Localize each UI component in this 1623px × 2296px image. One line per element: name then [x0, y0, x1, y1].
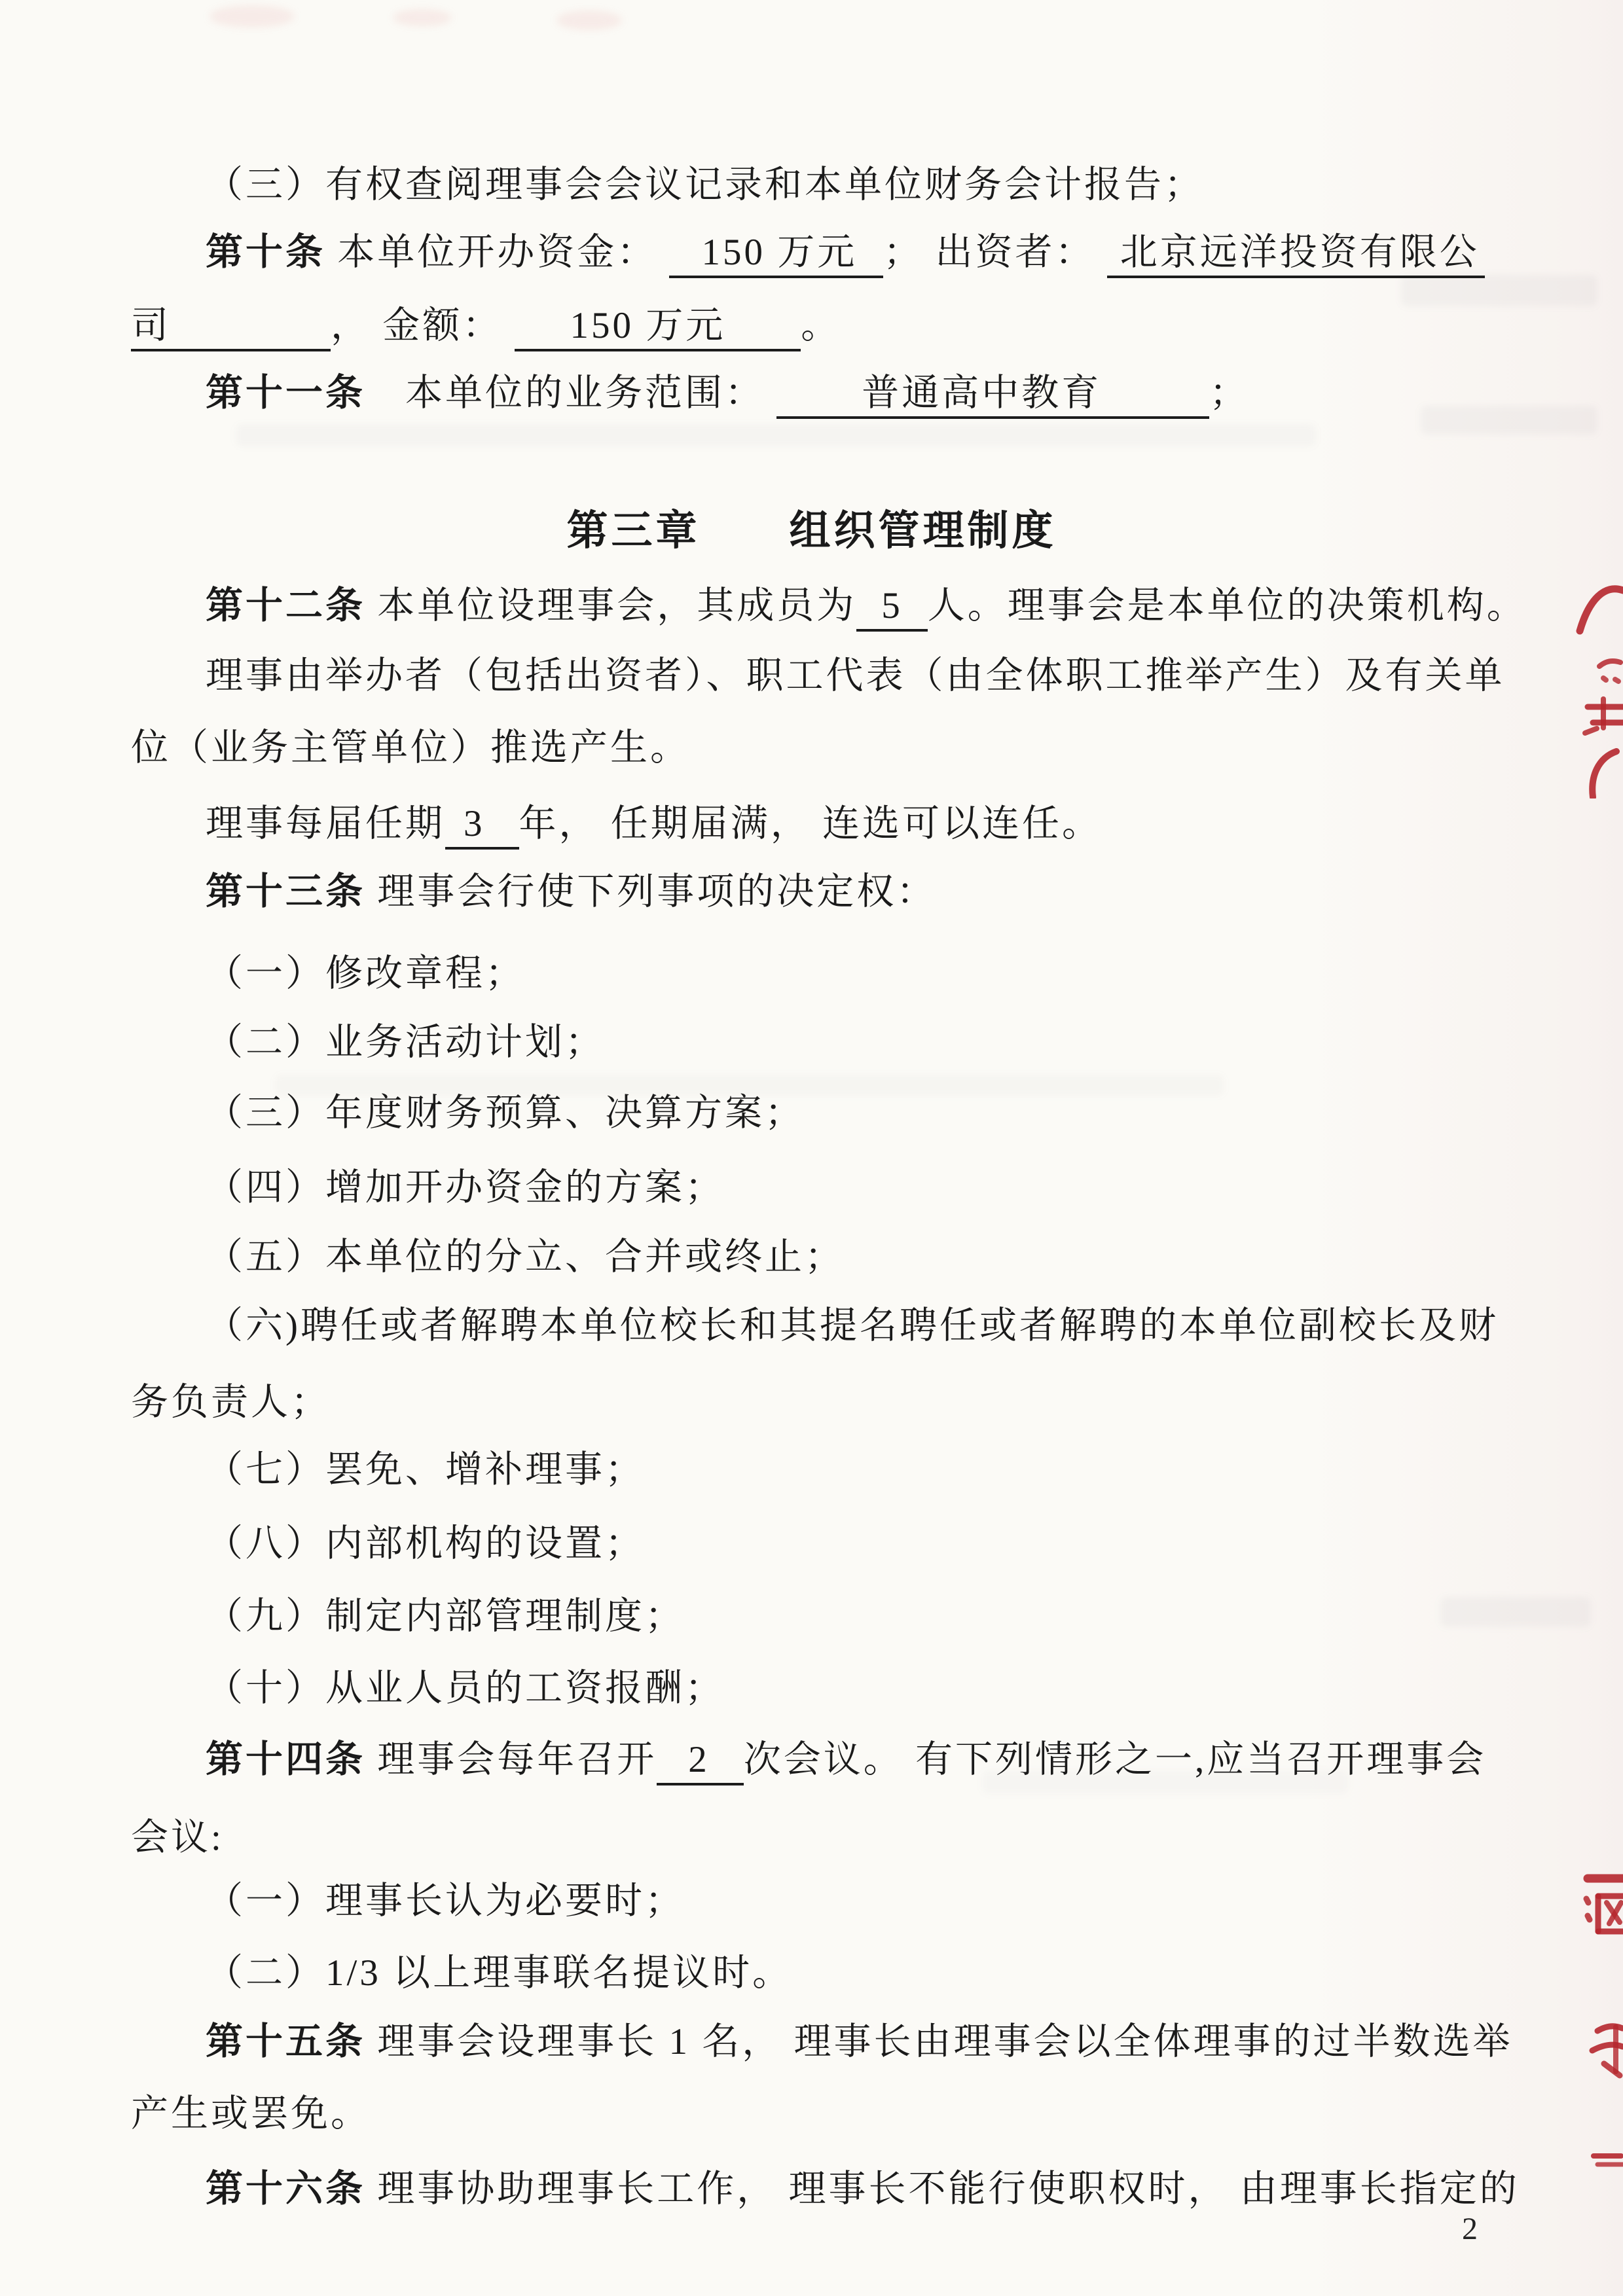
bleed-through-smudge [236, 424, 1316, 446]
article-13-item-2: （二）业务活动计划； [206, 1021, 605, 1064]
article-13-item-6-continued: 务负责人； [131, 1381, 331, 1424]
article-14-continued: 会议: [131, 1816, 224, 1859]
article-15: 第十五条 理事会设理事长 1 名， 理事长由理事会以全体理事的过半数选举 [206, 2020, 1513, 2064]
article-10-continued: 司 ， 金额： 150 万元。 [131, 304, 841, 351]
article-12-para-2-continued: 位（业务主管单位）推选产生。 [131, 726, 690, 770]
document-page: （三）有权查阅理事会会议记录和本单位财务会计报告；第十条 本单位开办资金： 15… [0, 0, 1623, 2296]
scan-smudge [556, 10, 622, 30]
chapter-heading: 第三章 组织管理制度 [0, 507, 1623, 554]
article-13-item-10: （十）从业人员的工资报酬； [206, 1667, 725, 1710]
article-12-para-3: 理事每届任期3年， 任期届满， 连选可以连任。 [206, 802, 1102, 850]
bleed-through-smudge [1401, 275, 1597, 306]
article-13-item-3: （三）年度财务预算、决算方案； [206, 1092, 805, 1135]
article-13-item-4: （四）增加开办资金的方案； [206, 1166, 725, 1210]
red-seal-fragment-lower [1578, 1862, 1623, 2085]
article-16: 第十六条 理事协助理事长工作， 理事长不能行使职权时， 由理事长指定的 [206, 2168, 1520, 2211]
article-13-item-9: （九）制定内部管理制度； [206, 1595, 685, 1638]
clause-3-item: （三）有权查阅理事会会议记录和本单位财务会计报告； [206, 164, 1204, 207]
article-14-item-1: （一）理事长认为必要时； [206, 1880, 685, 1923]
article-14: 第十四条 理事会每年召开2次会议。 有下列情形之一,应当召开理事会 [206, 1738, 1486, 1785]
article-13-item-5: （五）本单位的分立、合并或终止； [206, 1236, 845, 1279]
red-seal-fragment-upper [1558, 583, 1623, 798]
article-12: 第十二条 本单位设理事会，其成员为5人。理事会是本单位的决策机构。 [206, 584, 1527, 632]
page-number: 2 [1462, 2211, 1478, 2247]
article-15-continued: 产生或罢免。 [131, 2092, 371, 2136]
scan-smudge [393, 9, 452, 26]
bleed-through-smudge [1440, 1597, 1591, 1627]
article-12-para-2: 理事由举办者（包括出资者）、职工代表（由全体职工推举产生）及有关单 [206, 655, 1505, 698]
bleed-through-smudge [1421, 406, 1597, 435]
scan-smudge [210, 5, 295, 27]
article-10: 第十条 本单位开办资金： 150 万元； 出资者： 北京远洋投资有限公 [206, 231, 1485, 278]
article-13-item-7: （七）罢免、增补理事； [206, 1448, 645, 1492]
article-13-item-8: （八）内部机构的设置； [206, 1522, 645, 1566]
article-13: 第十三条 理事会行使下列事项的决定权： [206, 870, 936, 914]
red-seal-fragment-dash [1591, 2150, 1623, 2171]
article-13-item-6: （六)聘任或者解聘本单位校长和其提名聘任或者解聘的本单位副校长及财 [206, 1304, 1499, 1348]
article-11: 第十一条 本单位的业务范围： 普通高中教育； [206, 372, 1249, 419]
article-13-item-1: （一）修改章程； [206, 952, 525, 996]
article-14-item-2: （二）1/3 以上理事联名提议时。 [206, 1952, 792, 1995]
